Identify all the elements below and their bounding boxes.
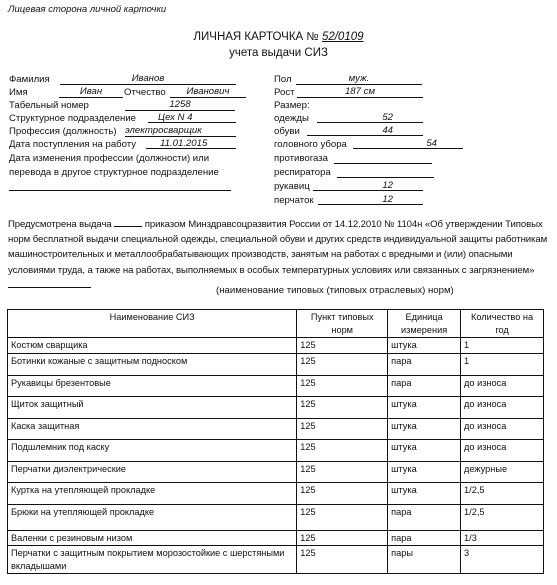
cell-norm-item: 125 [297,440,388,462]
cell-quantity: до износа [461,397,544,419]
change-label-1: Дата изменения профессии (должности) или [9,153,209,164]
headwear-size-label: головного убора [274,139,347,150]
header-ppe-name: Наименование СИЗ [8,310,297,338]
cell-ppe-name: Перчатки диэлектрические [8,462,297,483]
header-norm-item: Пункт типовых норм [297,310,388,338]
regulation-part1: Предусмотрена выдача [8,219,112,230]
sex-field[interactable]: муж. [296,73,422,85]
cell-quantity: 3 [461,546,544,574]
table-row: Перчатки с защитным покрытием морозостой… [8,546,544,574]
change-label-2: перевода в другое структурное подразделе… [9,167,219,178]
cell-unit: пара [388,376,461,397]
cell-unit: штука [388,338,461,354]
cell-ppe-name: Костюм сварщика [8,338,297,354]
tab-number-field[interactable]: 1258 [125,99,235,111]
shoe-size-field[interactable]: 44 [307,125,423,136]
size-label: Размер: [274,100,310,111]
profession-field[interactable]: электросварщик [125,125,236,137]
cell-norm-item: 125 [297,531,388,546]
clothes-size-label: одежды [274,113,309,124]
cell-unit: штука [388,419,461,440]
table-row: Подшлемник под каску125штукадо износа [8,440,544,462]
department-label: Структурное подразделение [9,113,136,124]
shoe-size-label: обуви [274,126,300,137]
norms-name-note: (наименование типовых (типовых отраслевы… [216,285,454,296]
cell-norm-item: 125 [297,505,388,531]
cell-ppe-name: Подшлемник под каску [8,440,297,462]
cell-quantity: 1/3 [461,531,544,546]
cell-norm-item: 125 [297,483,388,505]
mittens-size-field[interactable]: 12 [313,180,423,191]
ppe-table: Наименование СИЗ Пункт типовых норм Един… [7,309,544,574]
cell-norm-item: 125 [297,397,388,419]
table-row: Костюм сварщика125штука1 [8,338,544,354]
cell-quantity: до износа [461,376,544,397]
card-title-prefix: ЛИЧНАЯ КАРТОЧКА № [193,31,318,43]
issue-blank-field[interactable] [114,217,142,227]
headwear-size-field[interactable]: 54 [353,138,463,149]
table-row: Перчатки диэлектрические125штукадежурные [8,462,544,483]
header-quantity: Количество на год [461,310,544,338]
patronymic-label: Отчество [124,87,166,98]
card-number: 52/0109 [322,31,364,43]
card-subtitle: учета выдачи СИЗ [0,47,557,59]
patronymic-field[interactable]: Иванович [170,86,246,98]
cell-unit: пары [388,546,461,574]
tab-number-label: Табельный номер [9,100,89,111]
table-header-row: Наименование СИЗ Пункт типовых норм Един… [8,310,544,338]
cell-norm-item: 125 [297,419,388,440]
clothes-size-field[interactable]: 52 [317,112,423,123]
name-label: Имя [9,87,28,98]
cell-norm-item: 125 [297,546,388,574]
height-label: Рост [274,87,295,98]
cell-unit: пара [388,505,461,531]
cell-norm-item: 125 [297,462,388,483]
cell-norm-item: 125 [297,376,388,397]
cell-ppe-name: Валенки с резиновым низом [8,531,297,546]
hire-date-label: Дата поступления на работу [9,139,136,150]
table-row: Брюки на утепляющей прокладке125пара1/2,… [8,505,544,531]
page-caption: Лицевая сторона личной карточки [8,4,166,15]
cell-unit: пара [388,531,461,546]
name-field[interactable]: Иван [59,86,123,98]
gloves-size-label: перчаток [274,195,314,206]
hire-date-field[interactable]: 11.01.2015 [146,138,236,149]
profession-label: Профессия (должность) [9,126,117,137]
cell-ppe-name: Ботинки кожаные с защитным подноском [8,354,297,376]
table-row: Куртка на утепляющей прокладке125штука1/… [8,483,544,505]
cell-unit: штука [388,440,461,462]
cell-unit: штука [388,397,461,419]
cell-unit: пара [388,354,461,376]
cell-ppe-name: Куртка на утепляющей прокладке [8,483,297,505]
sex-label: Пол [274,74,292,85]
cell-ppe-name: Перчатки с защитным покрытием морозостой… [8,546,297,574]
height-field[interactable]: 187 см [297,86,423,98]
table-row: Каска защитная125штукадо износа [8,419,544,440]
table-row: Щиток защитный125штукадо износа [8,397,544,419]
department-field[interactable]: Цех N 4 [148,112,236,123]
cell-quantity: дежурные [461,462,544,483]
surname-label: Фамилия [9,74,50,85]
regulation-paragraph: Предусмотрена выдача приказом Минздравсо… [8,217,551,293]
gloves-size-field[interactable]: 12 [318,194,423,205]
table-row: Валенки с резиновым низом125пара1/3 [8,531,544,546]
cell-unit: штука [388,462,461,483]
gasmask-size-label: противогаза [274,153,328,164]
card-title: ЛИЧНАЯ КАРТОЧКА № 52/0109 [0,31,557,43]
cell-quantity: 1/2,5 [461,505,544,531]
respirator-size-label: респиратора [274,167,331,178]
cell-quantity: 1 [461,354,544,376]
respirator-size-field[interactable] [337,166,434,178]
norms-name-field[interactable] [8,278,91,288]
cell-ppe-name: Щиток защитный [8,397,297,419]
mittens-size-label: рукавиц [274,181,310,192]
cell-quantity: до износа [461,440,544,462]
surname-field[interactable]: Иванов [60,73,236,85]
cell-ppe-name: Рукавицы брезентовые [8,376,297,397]
cell-quantity: 1/2,5 [461,483,544,505]
cell-unit: штука [388,483,461,505]
cell-norm-item: 125 [297,354,388,376]
cell-quantity: 1 [461,338,544,354]
header-unit: Единица измерения [388,310,461,338]
change-date-field[interactable] [9,190,231,191]
table-row: Рукавицы брезентовые125парадо износа [8,376,544,397]
cell-norm-item: 125 [297,338,388,354]
table-row: Ботинки кожаные с защитным подноском125п… [8,354,544,376]
cell-ppe-name: Каска защитная [8,419,297,440]
cell-quantity: до износа [461,419,544,440]
gasmask-size-field[interactable] [334,152,432,164]
cell-ppe-name: Брюки на утепляющей прокладке [8,505,297,531]
